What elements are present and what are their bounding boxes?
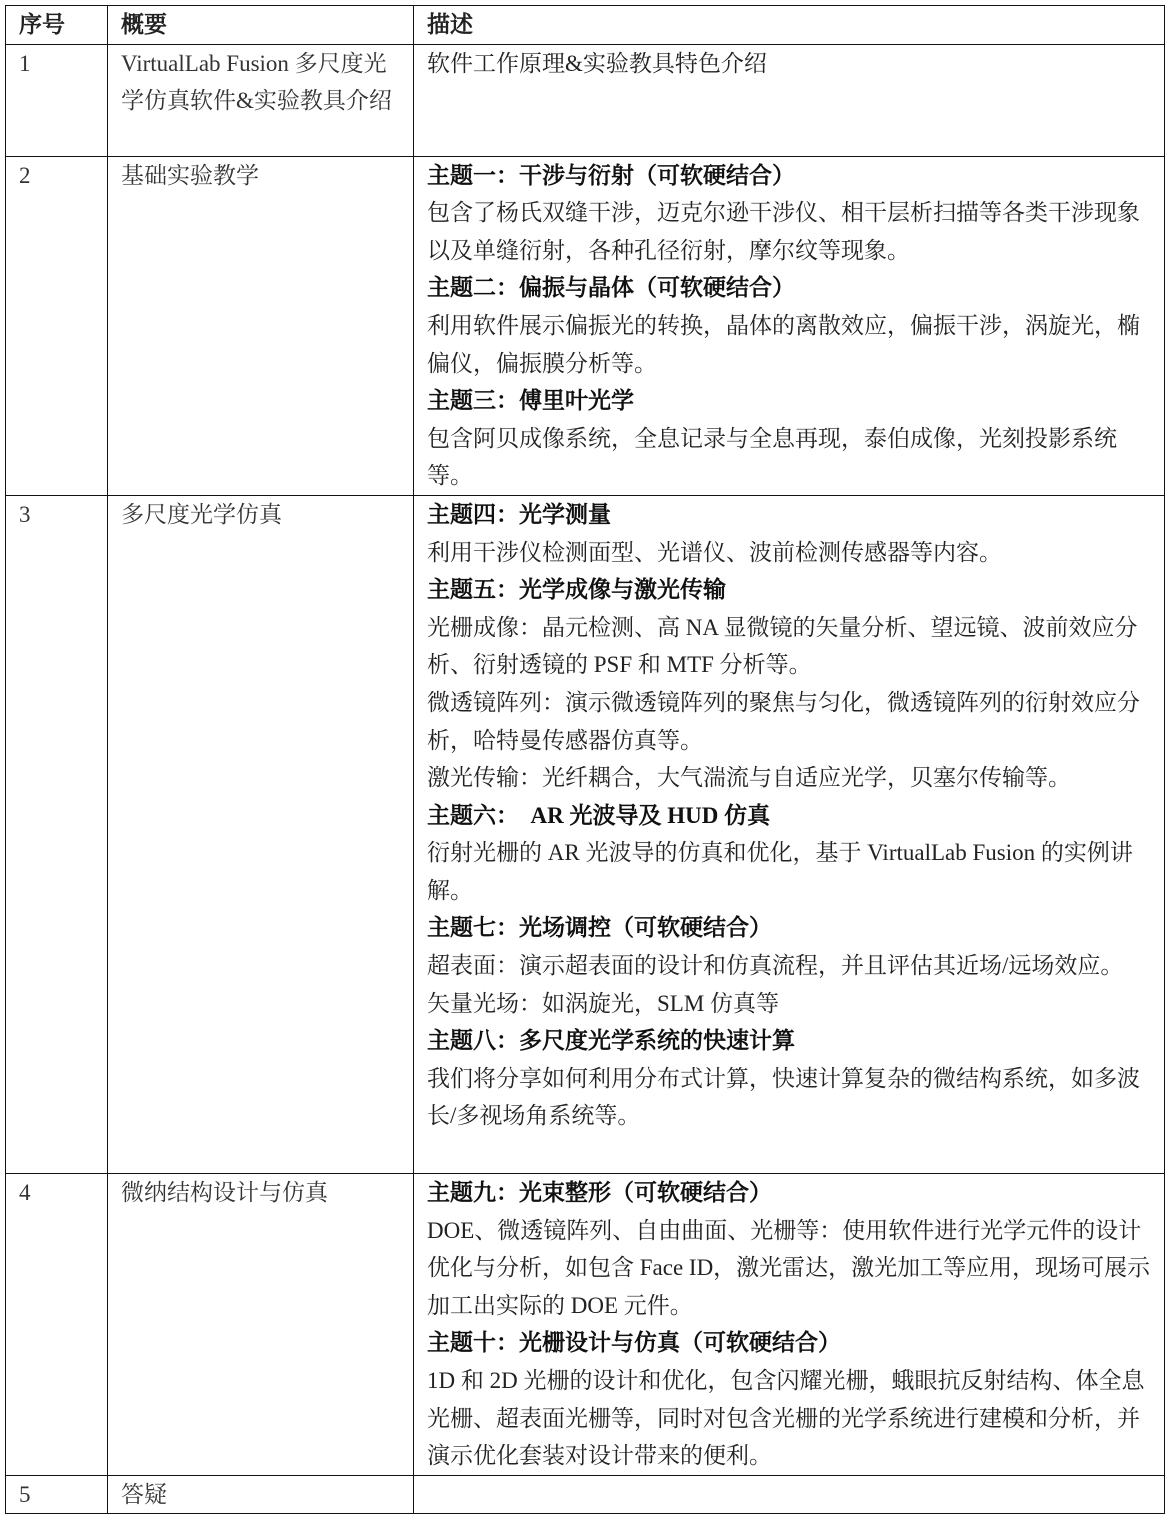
header-row: 序号 概要 描述: [6, 6, 1165, 45]
description-text: 利用软件展示偏振光的转换，晶体的离散效应，偏振干涉，涡旋光，椭偏仪，偏振膜分析等…: [427, 307, 1158, 382]
table-row: 5 答疑: [6, 1475, 1165, 1514]
table-row: 4 微纳结构设计与仿真 主题九：光束整形（可软硬结合） DOE、微透镜阵列、自由…: [6, 1173, 1165, 1475]
description-text: 包含阿贝成像系统，全息记录与全息再现，泰伯成像，光刻投影系统等。: [427, 420, 1158, 495]
topic-heading: 主题十：光栅设计与仿真（可软硬结合）: [427, 1324, 1158, 1362]
row-index: 3: [6, 495, 108, 1173]
row-summary: 基础实验教学: [108, 156, 414, 495]
table-row: 2 基础实验教学 主题一：干涉与衍射（可软硬结合） 包含了杨氏双缝干涉，迈克尔逊…: [6, 156, 1165, 495]
table-row: 3 多尺度光学仿真 主题四：光学测量 利用干涉仪检测面型、光谱仪、波前检测传感器…: [6, 495, 1165, 1173]
agenda-table: 序号 概要 描述 1 VirtualLab Fusion 多尺度光学仿真软件&实…: [5, 5, 1165, 1514]
topic-heading: 主题二：偏振与晶体（可软硬结合）: [427, 269, 1158, 307]
row-description: 主题一：干涉与衍射（可软硬结合） 包含了杨氏双缝干涉，迈克尔逊干涉仪、相干层析扫…: [414, 156, 1165, 495]
description-text: 激光传输：光纤耦合，大气湍流与自适应光学，贝塞尔传输等。: [427, 759, 1158, 797]
topic-heading: 主题六： AR 光波导及 HUD 仿真: [427, 797, 1158, 835]
description-text: 微透镜阵列：演示微透镜阵列的聚焦与匀化，微透镜阵列的衍射效应分析，哈特曼传感器仿…: [427, 684, 1158, 759]
row-summary: 微纳结构设计与仿真: [108, 1173, 414, 1475]
topic-heading: 主题八：多尺度光学系统的快速计算: [427, 1022, 1158, 1060]
topic-heading: 主题五：光学成像与激光传输: [427, 571, 1158, 609]
description-text: 矢量光场：如涡旋光，SLM 仿真等: [427, 985, 1158, 1023]
row-description: 主题四：光学测量 利用干涉仪检测面型、光谱仪、波前检测传感器等内容。 主题五：光…: [414, 495, 1165, 1173]
row-summary: 多尺度光学仿真: [108, 495, 414, 1173]
row-description: [414, 1475, 1165, 1514]
topic-heading: 主题九：光束整形（可软硬结合）: [427, 1174, 1158, 1212]
description-text: 衍射光栅的 AR 光波导的仿真和优化，基于 VirtualLab Fusion …: [427, 834, 1158, 909]
description-text: 软件工作原理&实验教具特色介绍: [427, 45, 1158, 83]
topic-heading: 主题一：干涉与衍射（可软硬结合）: [427, 157, 1158, 195]
description-text: 光栅成像：晶元检测、高 NA 显微镜的矢量分析、望远镜、波前效应分析、衍射透镜的…: [427, 609, 1158, 684]
row-index: 2: [6, 156, 108, 495]
topic-heading: 主题三：傅里叶光学: [427, 382, 1158, 420]
description-text: DOE、微透镜阵列、自由曲面、光栅等：使用软件进行光学元件的设计优化与分析，如包…: [427, 1212, 1158, 1325]
description-text: 利用干涉仪检测面型、光谱仪、波前检测传感器等内容。: [427, 534, 1158, 572]
description-text: 包含了杨氏双缝干涉，迈克尔逊干涉仪、相干层析扫描等各类干涉现象以及单缝衍射，各种…: [427, 194, 1158, 269]
row-summary: 答疑: [108, 1475, 414, 1514]
row-summary: VirtualLab Fusion 多尺度光学仿真软件&实验教具介绍: [108, 44, 414, 156]
header-summary: 概要: [108, 6, 414, 45]
row-index: 1: [6, 44, 108, 156]
header-description: 描述: [414, 6, 1165, 45]
description-text: 我们将分享如何利用分布式计算，快速计算复杂的微结构系统，如多波长/多视场角系统等…: [427, 1060, 1158, 1135]
row-index: 5: [6, 1475, 108, 1514]
description-text: 超表面：演示超表面的设计和仿真流程，并且评估其近场/远场效应。: [427, 947, 1158, 985]
row-description: 软件工作原理&实验教具特色介绍: [414, 44, 1165, 156]
row-description: 主题九：光束整形（可软硬结合） DOE、微透镜阵列、自由曲面、光栅等：使用软件进…: [414, 1173, 1165, 1475]
row-index: 4: [6, 1173, 108, 1475]
description-text: 1D 和 2D 光栅的设计和优化，包含闪耀光栅，蛾眼抗反射结构、体全息光栅、超表…: [427, 1362, 1158, 1475]
topic-heading: 主题七：光场调控（可软硬结合）: [427, 909, 1158, 947]
table-row: 1 VirtualLab Fusion 多尺度光学仿真软件&实验教具介绍 软件工…: [6, 44, 1165, 156]
topic-heading: 主题四：光学测量: [427, 496, 1158, 534]
header-index: 序号: [6, 6, 108, 45]
